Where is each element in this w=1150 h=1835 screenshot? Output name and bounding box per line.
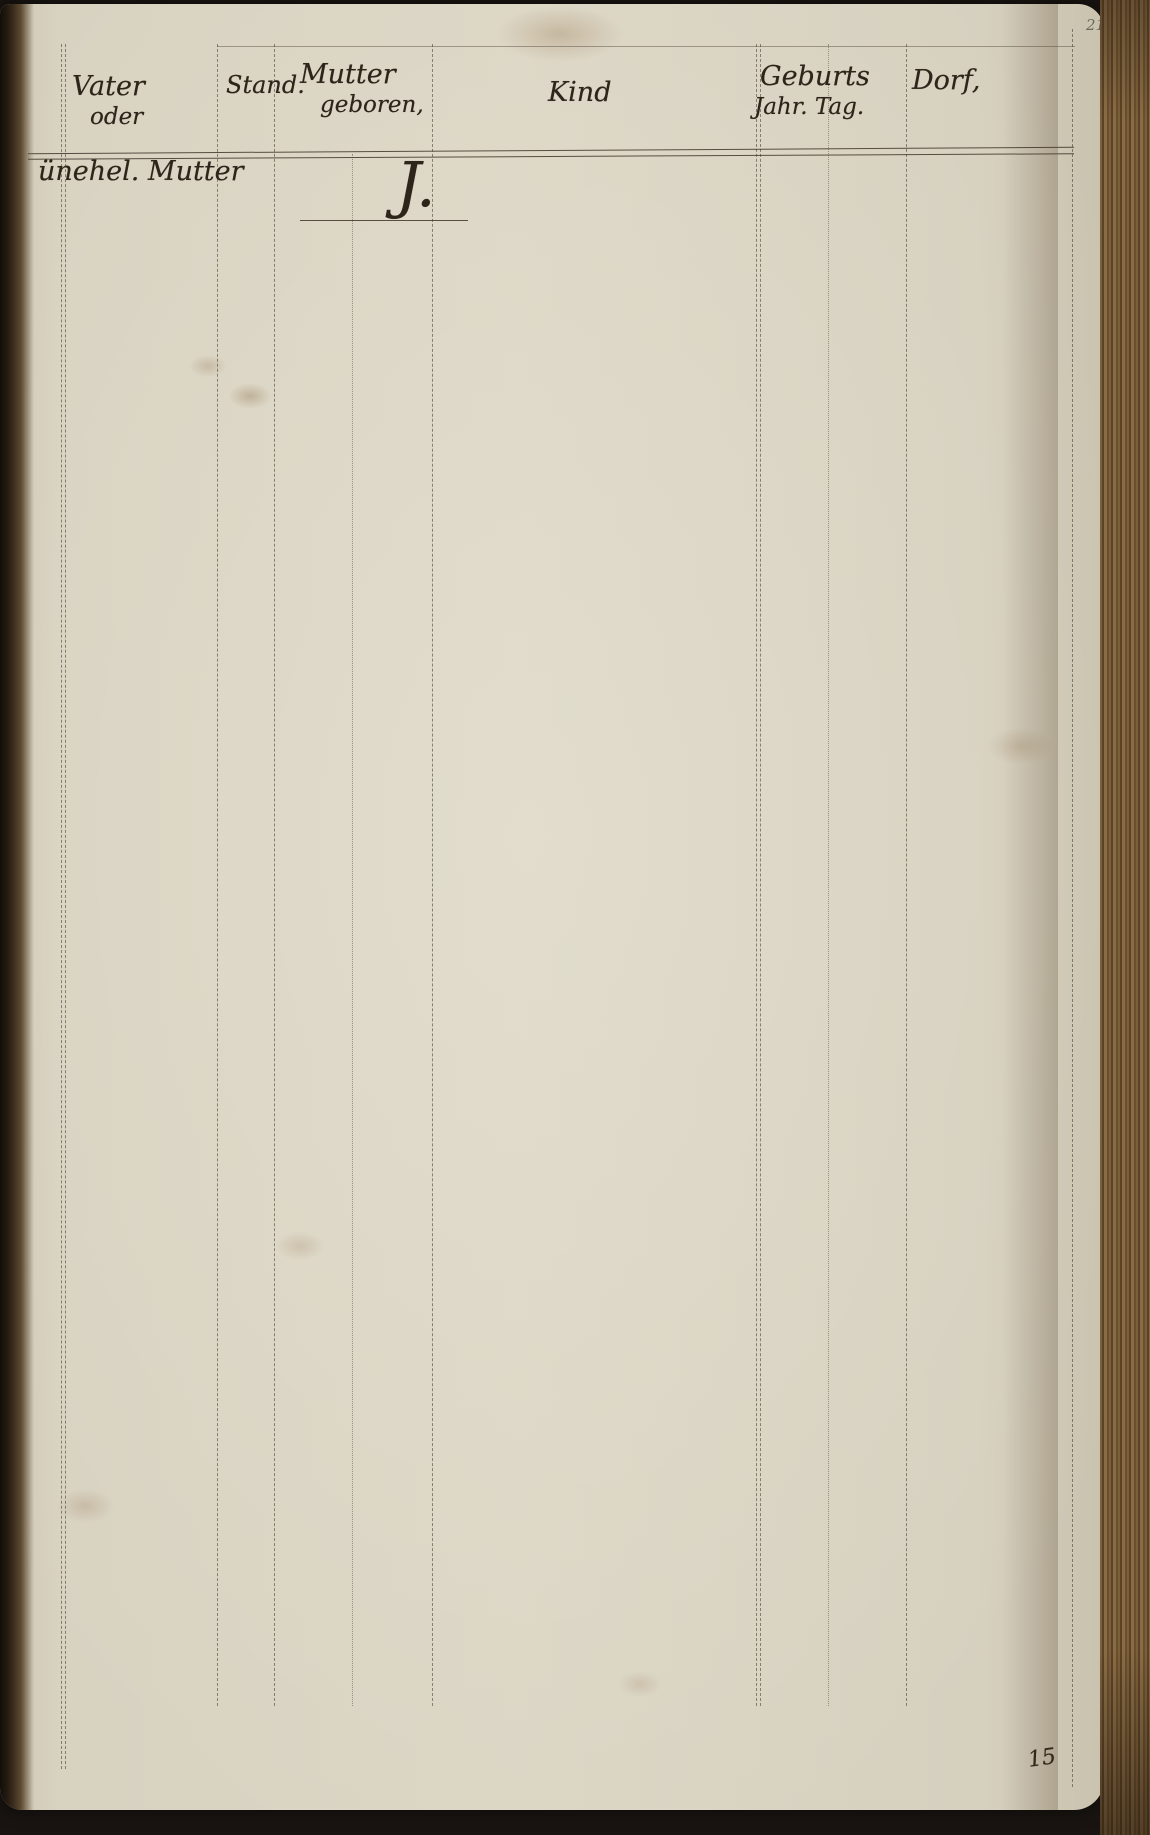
page-edge-shade xyxy=(1002,4,1058,1810)
section-note: ünehel. Mutter xyxy=(38,156,244,187)
header-village: Dorf, xyxy=(912,66,980,96)
column-rule-day-village xyxy=(906,44,907,1706)
header-father-line1: Vater xyxy=(72,72,145,102)
right-margin-rule xyxy=(1072,29,1073,1787)
header-child: Kind xyxy=(548,78,611,108)
column-rule-year-day xyxy=(828,44,829,1706)
header-father: Vater oder xyxy=(72,72,145,132)
header-mother-line2: geboren, xyxy=(320,90,424,120)
header-top-rule xyxy=(217,46,1075,47)
column-rule-mother-child xyxy=(432,44,433,1706)
header-stand: Stand. xyxy=(226,70,305,100)
column-rule-stand-mother xyxy=(274,44,275,1706)
column-rule-mother-sub xyxy=(352,154,353,1706)
header-mother-line1: Mutter xyxy=(300,60,424,90)
book-page-stack-edge xyxy=(1100,0,1150,1835)
header-birth: Geburts Jahr. Tag. xyxy=(760,62,870,122)
header-birth-line2: Jahr. Tag. xyxy=(754,92,870,122)
book-spine xyxy=(0,4,34,1810)
section-letter: J. xyxy=(396,148,436,221)
register-page: Vater oder Stand. Mutter geboren, Kind G… xyxy=(0,4,1104,1810)
header-mother: Mutter geboren, xyxy=(300,60,424,120)
header-birth-line1: Geburts xyxy=(760,62,870,92)
column-rule-father-stand xyxy=(217,44,218,1706)
header-father-line2: oder xyxy=(90,102,145,132)
left-margin-rule xyxy=(61,44,66,1769)
column-rule-child-year xyxy=(756,44,761,1706)
section-letter-rule xyxy=(300,220,468,221)
